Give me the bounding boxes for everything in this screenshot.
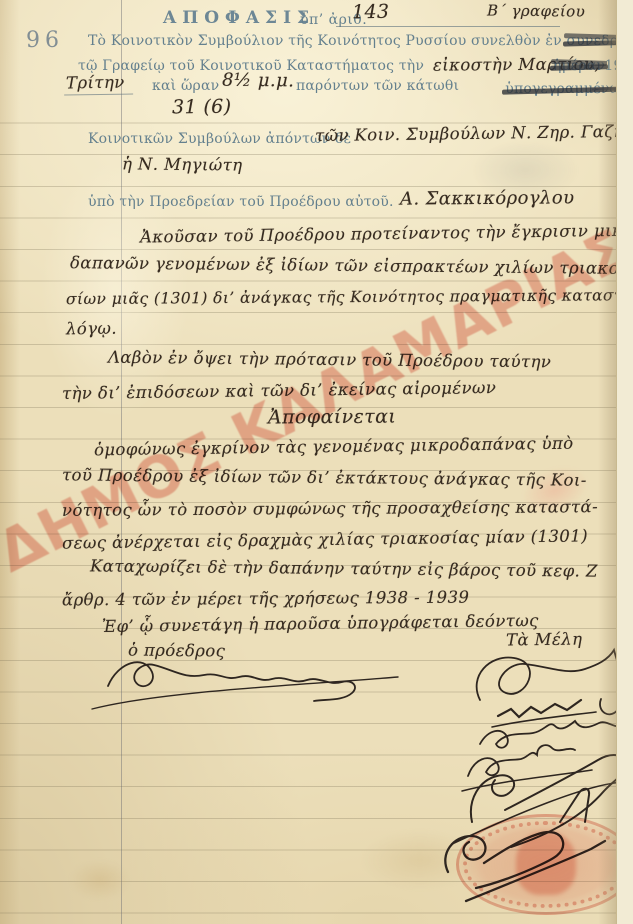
printed-line-1: Τὸ Κοινοτικὸν Συμβούλιον τῆς Κοινότητος … (88, 33, 633, 49)
paper-stain (360, 830, 480, 890)
decision-word: Ἀποφαίνεται (268, 406, 396, 429)
next-page-edge (616, 0, 633, 924)
closing-line: Ἐφ’ ᾧ συνετάγη ἡ παροῦσα ὑπογράφεται δεό… (102, 611, 539, 636)
body-line: ὁμοφώνως ἐγκρίνον τὰς γενομένας μικροδαπ… (94, 434, 574, 460)
printed-line-apondon: Κοινοτικῶν Συμβούλων ἀπόντων δὲ (88, 131, 351, 147)
printed-parondon: παρόντων τῶν κάτωθι (296, 78, 459, 94)
president-label: ὁ πρόεδρος (128, 640, 226, 660)
printed-kai-oran: καὶ ὥραν (152, 78, 219, 94)
handwritten-absent-members-2: ἡ Ν. Μηγιώτη (122, 154, 243, 174)
body-line: νότητος ὧν τὸ ποσὸν συμφώνως τῆς προσαχθ… (62, 497, 598, 520)
body-line: Λαβὸν ἐν ὄψει τὴν πρότασιν τοῦ Προέδρου … (108, 348, 551, 372)
margin-note: 31 (6) (172, 96, 232, 119)
members-label: Τὰ Μέλη (506, 629, 583, 649)
printed-line-2: τῷ Γραφείῳ τοῦ Κοινοτικοῦ Καταστήματος τ… (78, 55, 633, 74)
printed-presidency-line: ὑπὸ τὴν Προεδρείαν τοῦ Προέδρου αὐτοῦ. (88, 194, 394, 210)
body-line: τοῦ Προέδρου ἐξ ἰδίων τῶν δι’ ἐκτάκτους … (62, 465, 587, 489)
president-signature-flourish (92, 677, 398, 709)
body-line: τὴν δι’ ἐπιδόσεων καὶ τῶν δι’ ἐκείνας αἰ… (62, 378, 497, 403)
page-edge-shadow (598, 0, 616, 924)
handwritten-day: Τρίτην (64, 73, 133, 96)
decision-title: ΑΠΟΦΑΣΙΣ (163, 8, 315, 28)
body-line: Καταχωρίζει δὲ τὴν δαπάνην ταύτην εἰς βά… (90, 556, 598, 580)
member-signature-2-underline (492, 712, 596, 727)
body-line: Ἀκοῦσαν τοῦ Προέδρου προτείναντος τὴν ἔγ… (140, 220, 633, 246)
corner-annotation: Β΄ γραφείου (487, 1, 585, 20)
member-signature-6-tail (560, 789, 589, 822)
member-signature-2 (498, 700, 581, 717)
body-line: ἄρθρ. 4 τῶν ἐν μέρει τῆς χρήσεως 1938 - … (62, 588, 469, 610)
printed-text: Τὸ Κοινοτικὸν Συμβούλιον τῆς Κοινότητος … (88, 33, 562, 49)
number-underline (336, 26, 560, 27)
body-line: λόγῳ. (66, 319, 117, 339)
member-signature-6 (445, 832, 605, 901)
handwritten-president-name: Α. Σακκικόρογλου (400, 187, 575, 209)
page-number: 96 (26, 28, 64, 53)
member-signature-4-underline (462, 770, 592, 791)
body-line: σεως ἀνέρχεται εἰς δραχμὰς χιλίας τριακο… (62, 526, 588, 552)
member-signature-4 (468, 745, 575, 776)
decision-number-value: 143 (352, 1, 390, 24)
body-line: δαπανῶν γενομένων ἐξ ἰδίων τῶν εἰσπρακτέ… (70, 253, 625, 278)
president-signature (108, 662, 355, 701)
document-page: 96 ΑΠΟΦΑΣΙΣ ὑπ’ ἀριθ. 143 Β΄ γραφείου Τὸ… (0, 0, 633, 924)
handwritten-time: 8½ μ.μ. (222, 70, 294, 92)
handwritten-absent-members: τῶν Κοιν. Συμβούλων Ν. Ζηρ. Γαζῆ (315, 122, 624, 145)
body-line: σίων μιᾶς (1301) δι’ ἀνάγκας τῆς Κοινότη… (66, 286, 633, 308)
